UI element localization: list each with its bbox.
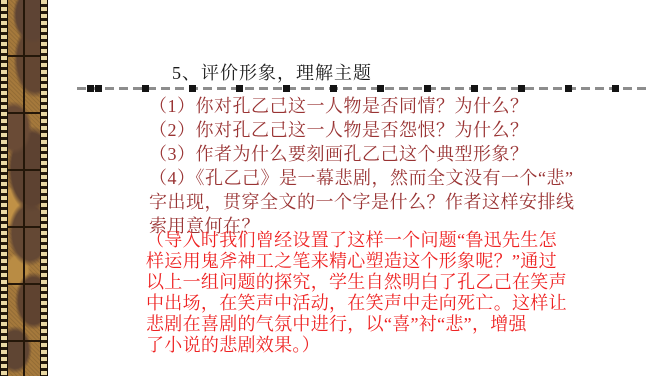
question-list: （1）你对孔乙己这一人物是否同情？为什么？ （2）你对孔乙己这一人物是否怨恨？为… [149, 94, 654, 238]
note-line-1: （导入时我们曾经设置了这样一个问题“鲁迅先生怎 [146, 230, 651, 251]
filmstrip-right-stitch-border [40, 0, 48, 376]
question-line-4: （4）《孔乙己》是一幕悲剧，然而全文没有一个“悲” [149, 166, 654, 190]
note-line-5: 悲剧在喜剧的气氛中进行，以“喜”衬“悲”，增强 [146, 314, 651, 335]
question-line-2: （2）你对孔乙己这一人物是否怨恨？为什么？ [149, 118, 654, 142]
teacher-note: （导入时我们曾经设置了这样一个问题“鲁迅先生怎 样运用鬼斧神工之笔来精心塑造这个… [146, 230, 651, 356]
question-line-5: 字出现，贯穿全文的一个字是什么？作者这样安排线 [149, 190, 654, 214]
divider-square-markers [77, 85, 649, 92]
question-line-3: （3）作者为什么要刻画孔乙己这个典型形象？ [149, 142, 654, 166]
note-line-4: 中出场，在笑声中活动，在笑声中走向死亡。这样让 [146, 293, 651, 314]
note-line-3: 以上一组问题的探究，学生自然明白了孔乙己在笑声 [146, 272, 651, 293]
filmstrip-texture [8, 0, 40, 376]
slide-title: 5、评价形象，理解主题 [172, 62, 372, 84]
note-line-2: 样运用鬼斧神工之笔来精心塑造这个形象呢？”通过 [146, 251, 651, 272]
note-line-6: 了小说的悲剧效果。） [146, 335, 651, 356]
filmstrip-left-stitch-border [0, 0, 8, 376]
decorative-filmstrip [0, 0, 48, 376]
question-line-1: （1）你对孔乙己这一人物是否同情？为什么？ [149, 94, 654, 118]
section-divider [77, 82, 649, 94]
